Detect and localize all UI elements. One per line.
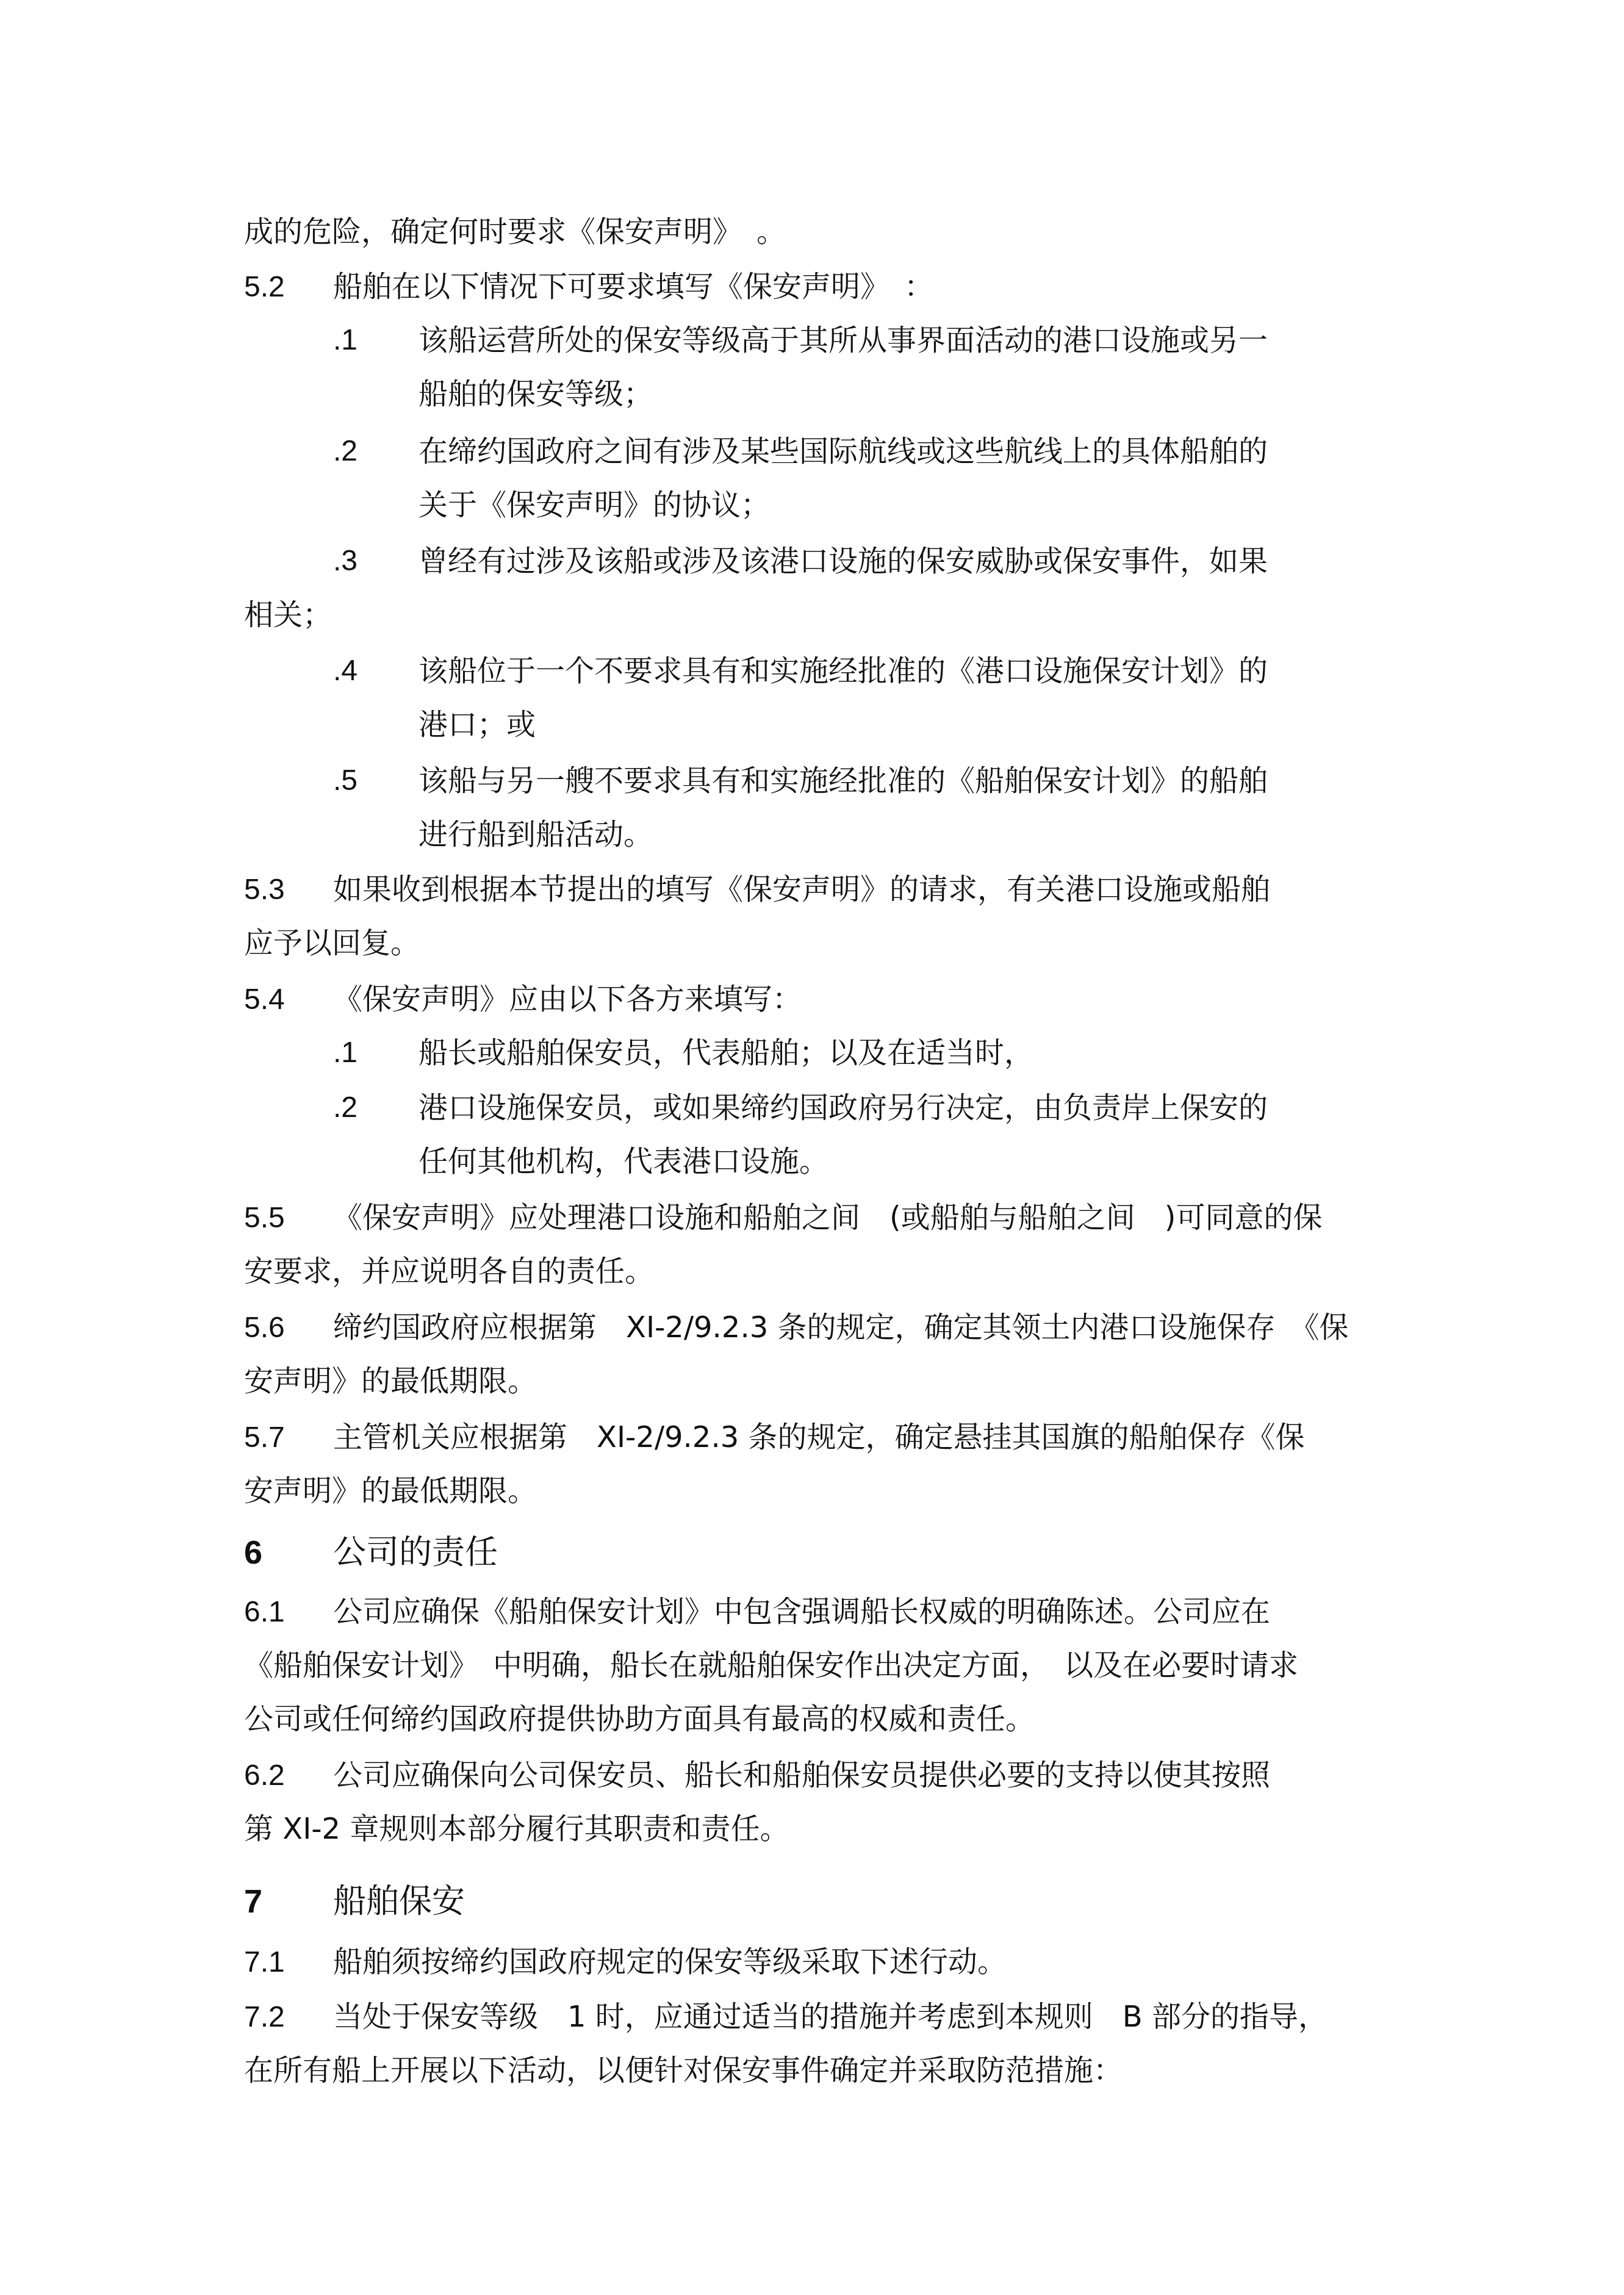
item-number: .2 xyxy=(333,433,357,470)
clause-number: 6.1 xyxy=(244,1594,333,1631)
clause-5-2: 5.2船舶在以下情况下可要求填写《保安声明》 ： xyxy=(244,268,933,305)
section-title: 公司的责任 xyxy=(333,1532,498,1573)
clause-6-2: 6.2公司应确保向公司保安员、船长和船舶保安员提供必要的支持以使其按照 xyxy=(244,1757,1270,1794)
clause-5-7: 5.7主管机关应根据第 XI-2/9.2.3 条的规定，确定悬挂其国旗的船舶保存… xyxy=(244,1419,1304,1456)
item-number: .2 xyxy=(333,1090,357,1126)
item-number: .1 xyxy=(333,1035,357,1071)
item-number: .3 xyxy=(333,543,357,580)
item-continuation: 相关； xyxy=(244,597,332,633)
clause-continuation: 《船舶保安计划》 中明确，船长在就船舶保安作出决定方面， 以及在必要时请求 xyxy=(244,1647,1298,1684)
clause-number: 5.2 xyxy=(244,269,333,306)
clause-number: 7.1 xyxy=(244,1944,333,1981)
clause-continuation: 安要求，并应说明各自的责任。 xyxy=(244,1253,654,1290)
clause-number: 5.7 xyxy=(244,1420,333,1456)
clause-5-5: 5.5《保安声明》应处理港口设施和船舶之间 (或船舶与船舶之间 )可同意的保 xyxy=(244,1199,1322,1236)
clause-number: 5.6 xyxy=(244,1310,333,1346)
clause-continuation: 在所有船上开展以下活动，以便针对保安事件确定并采取防范措施： xyxy=(244,2052,1123,2089)
clause-5-2-item-2: .2 在缔约国政府之间有涉及某些国际航线或这些航线上的具体船舶的 xyxy=(244,433,1464,470)
clause-number: 5.4 xyxy=(244,982,333,1018)
clause-continuation: 应予以回复。 xyxy=(244,925,420,961)
clause-number: 6.2 xyxy=(244,1758,333,1794)
clause-continuation: 安声明》的最低期限。 xyxy=(244,1473,537,1509)
clause-5-3: 5.3如果收到根据本节提出的填写《保安声明》的请求，有关港口设施或船舶 xyxy=(244,871,1270,908)
document-page: 成的危险，确定何时要求《保安声明》 。 5.2船舶在以下情况下可要求填写《保安声… xyxy=(0,0,1624,2295)
section-heading-7: 7船舶保安 xyxy=(244,1881,465,1922)
clause-5-2-item-5: .5 该船与另一艘不要求具有和实施经批准的《船舶保安计划》的船舶 xyxy=(244,763,1464,799)
clause-7-2: 7.2当处于保安等级 1 时，应通过适当的措施并考虑到本规则 B 部分的指导， xyxy=(244,1999,1328,2035)
clause-continuation: 安声明》的最低期限。 xyxy=(244,1363,537,1399)
clause-number: 7.2 xyxy=(244,1999,333,2036)
clause-5-2-item-4: .4 该船位于一个不要求具有和实施经批准的《港口设施保安计划》的 xyxy=(244,653,1464,689)
item-number: .5 xyxy=(333,763,357,799)
clause-number: 5.3 xyxy=(244,872,333,908)
clause-7-1: 7.1船舶须按缔约国政府规定的保安等级采取下述行动。 xyxy=(244,1944,1007,1980)
item-continuation: 船舶的保安等级； xyxy=(419,376,653,412)
section-number: 7 xyxy=(244,1881,333,1922)
clause-number: 5.5 xyxy=(244,1200,333,1237)
item-number: .4 xyxy=(333,653,357,689)
clause-5-4: 5.4《保安声明》应由以下各方来填写： xyxy=(244,981,802,1018)
clause-continuation: 第 XI-2 章规则本部分履行其职责和责任。 xyxy=(244,1811,789,1847)
clause-6-1: 6.1公司应确保《船舶保安计划》中包含强调船长权威的明确陈述。公司应在 xyxy=(244,1593,1270,1630)
clause-5-2-item-3: .3 曾经有过涉及该船或涉及该港口设施的保安威胁或保安事件，如果 xyxy=(244,543,1464,580)
clause-5-4-item-2: .2 港口设施保安员，或如果缔约国政府另行决定，由负责岸上保安的 xyxy=(244,1090,1464,1126)
clause-5-4-item-1: .1 船长或船舶保安员，代表船舶；以及在适当时， xyxy=(244,1035,1464,1071)
item-continuation: 进行船到船活动。 xyxy=(419,816,653,853)
item-continuation: 任何其他机构，代表港口设施。 xyxy=(419,1143,828,1180)
section-title: 船舶保安 xyxy=(333,1881,465,1922)
clause-5-6: 5.6缔约国政府应根据第 XI-2/9.2.3 条的规定，确定其领土内港口设施保… xyxy=(244,1309,1348,1346)
item-number: .1 xyxy=(333,322,357,359)
clause-continuation: 公司或任何缔约国政府提供协助方面具有最高的权威和责任。 xyxy=(244,1701,1035,1737)
section-heading-6: 6公司的责任 xyxy=(244,1532,498,1573)
item-continuation: 港口；或 xyxy=(419,706,536,743)
section-number: 6 xyxy=(244,1532,333,1573)
item-continuation: 关于《保安声明》的协议； xyxy=(419,487,770,523)
paragraph-continuation: 成的危险，确定何时要求《保安声明》 。 xyxy=(244,214,786,250)
clause-5-2-item-1: .1 该船运营所处的保安等级高于其所从事界面活动的港口设施或另一 xyxy=(244,322,1464,359)
